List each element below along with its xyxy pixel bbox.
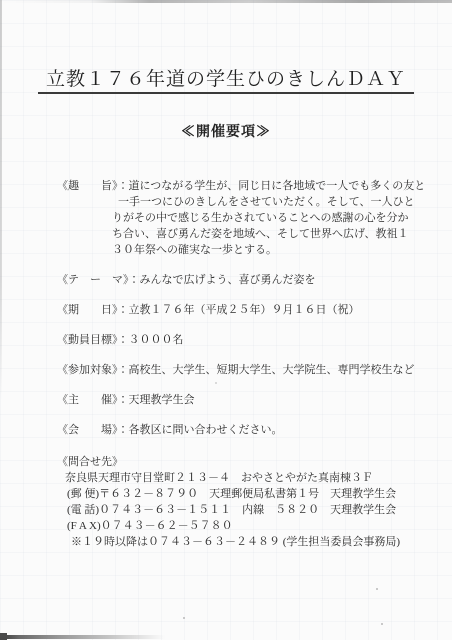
- section-date: 《期 日》：立教１７６年（平成２５年）９月１６日（祝）: [57, 302, 452, 318]
- section-organizer-colon: ：: [118, 394, 129, 406]
- page-title: 立教１７６年道の学生ひのきしんＤＡＹ: [38, 64, 414, 94]
- section-mobilization-goal: 《動員目標》：３０００名: [57, 332, 452, 348]
- section-organizer-label: 《主 催》: [57, 394, 118, 406]
- section-date-text: 立教１７６年（平成２５年）９月１６日（祝）: [129, 304, 360, 316]
- scan-artifact-bottom-smudge: [0, 635, 165, 639]
- section-purpose-row: 《趣 旨》：道につながる学生が、同じ日に各地域で一人でも多くの友と: [57, 178, 452, 194]
- section-mobilization-goal-colon: ：: [118, 334, 129, 346]
- section-venue: 《会 場》：各教区に問い合わせください。: [57, 422, 452, 438]
- section-organizer: 《主 催》：天理教学生会: [57, 392, 452, 408]
- section-date-colon: ：: [118, 304, 129, 316]
- scan-speck: [215, 382, 217, 384]
- scan-artifact-top-edge: [0, 0, 452, 3]
- contact-fax: (F A X)０７４３－６２－５７８０: [67, 518, 452, 534]
- section-participants-colon: ：: [118, 364, 129, 376]
- section-purpose-text-line: 一手一つにひのきしんをさせていただく。そして、一人ひと: [118, 194, 452, 210]
- section-organizer-text: 天理教学生会: [129, 394, 195, 406]
- scan-speck: [376, 588, 378, 590]
- section-mobilization-goal-row: 《動員目標》：３０００名: [57, 332, 452, 348]
- section-venue-label: 《会 場》: [57, 424, 118, 436]
- title-block: 立教１７６年道の学生ひのきしんＤＡＹ: [0, 0, 452, 94]
- section-date-row: 《期 日》：立教１７６年（平成２５年）９月１６日（祝）: [57, 302, 452, 318]
- scan-artifact-corner-blot: [0, 633, 7, 640]
- contact-address: 奈良県天理市守目堂町２１３－４ おやさとやがた真南棟３Ｆ: [65, 470, 452, 486]
- contact-after-hours-note: ※１９時以降は０７４３－６３－２４８９ (学生担当委員会事務局): [71, 534, 452, 550]
- document-body: 《趣 旨》：道につながる学生が、同じ日に各地域で一人でも多くの友と 一手一つにひ…: [57, 178, 452, 550]
- contact-header: 《問合せ先》: [57, 454, 452, 470]
- section-mobilization-goal-text: ３０００名: [129, 334, 184, 346]
- section-participants: 《参加対象》：高校生、大学生、短期大学生、大学院生、専門学校生など: [57, 362, 452, 378]
- section-purpose: 《趣 旨》：道につながる学生が、同じ日に各地域で一人でも多くの友と 一手一つにひ…: [57, 178, 452, 258]
- scan-artifact-left-edge: [0, 0, 2, 400]
- section-purpose-text-line: ３０年祭への確実な一歩とする。: [112, 242, 452, 258]
- section-participants-text: 高校生、大学生、短期大学生、大学院生、専門学校生など: [129, 364, 415, 376]
- section-theme: 《テ ー マ》：みんなで広げよう、喜び勇んだ姿を: [57, 272, 452, 288]
- section-purpose-label: 《趣 旨》: [57, 180, 118, 192]
- section-purpose-text-line: ち合い、喜び勇んだ姿を地域へ、そして世界へ広げ、教祖１: [112, 226, 452, 242]
- section-theme-colon: ：: [129, 274, 140, 286]
- section-mobilization-goal-label: 《動員目標》: [57, 334, 118, 346]
- scan-speck: [183, 617, 185, 619]
- contact-section: 《問合せ先》 奈良県天理市守目堂町２１３－４ おやさとやがた真南棟３Ｆ (郵 便…: [57, 454, 452, 550]
- section-date-label: 《期 日》: [57, 304, 118, 316]
- section-purpose-text-line: 道につながる学生が、同じ日に各地域で一人でも多くの友と: [129, 180, 426, 192]
- section-organizer-row: 《主 催》：天理教学生会: [57, 392, 452, 408]
- section-theme-text: みんなで広げよう、喜び勇んだ姿を: [140, 274, 316, 286]
- document-page: 立教１７６年道の学生ひのきしんＤＡＹ ≪開催要項≫ 《趣 旨》：道につながる学生…: [0, 0, 452, 640]
- scan-speck: [381, 623, 383, 625]
- section-participants-label: 《参加対象》: [57, 364, 118, 376]
- contact-phone: (電 話)０７４３－６３－１５１１ 内線 ５８２０ 天理教学生会: [67, 502, 452, 518]
- section-purpose-colon: ：: [118, 180, 129, 192]
- subtitle: ≪開催要項≫: [0, 121, 452, 141]
- section-theme-label: 《テ ー マ》: [57, 274, 129, 286]
- section-participants-row: 《参加対象》：高校生、大学生、短期大学生、大学院生、専門学校生など: [57, 362, 452, 378]
- section-purpose-text-line: りがその中で感じる生かされていることへの感謝の心を分か: [112, 210, 452, 226]
- section-venue-row: 《会 場》：各教区に問い合わせください。: [57, 422, 452, 438]
- section-theme-row: 《テ ー マ》：みんなで広げよう、喜び勇んだ姿を: [57, 272, 452, 288]
- contact-postal: (郵 便)〒６３２－８７９０ 天理郵便局私書第１号 天理教学生会: [67, 486, 452, 502]
- section-venue-colon: ：: [118, 424, 129, 436]
- section-venue-text: 各教区に問い合わせください。: [129, 424, 283, 436]
